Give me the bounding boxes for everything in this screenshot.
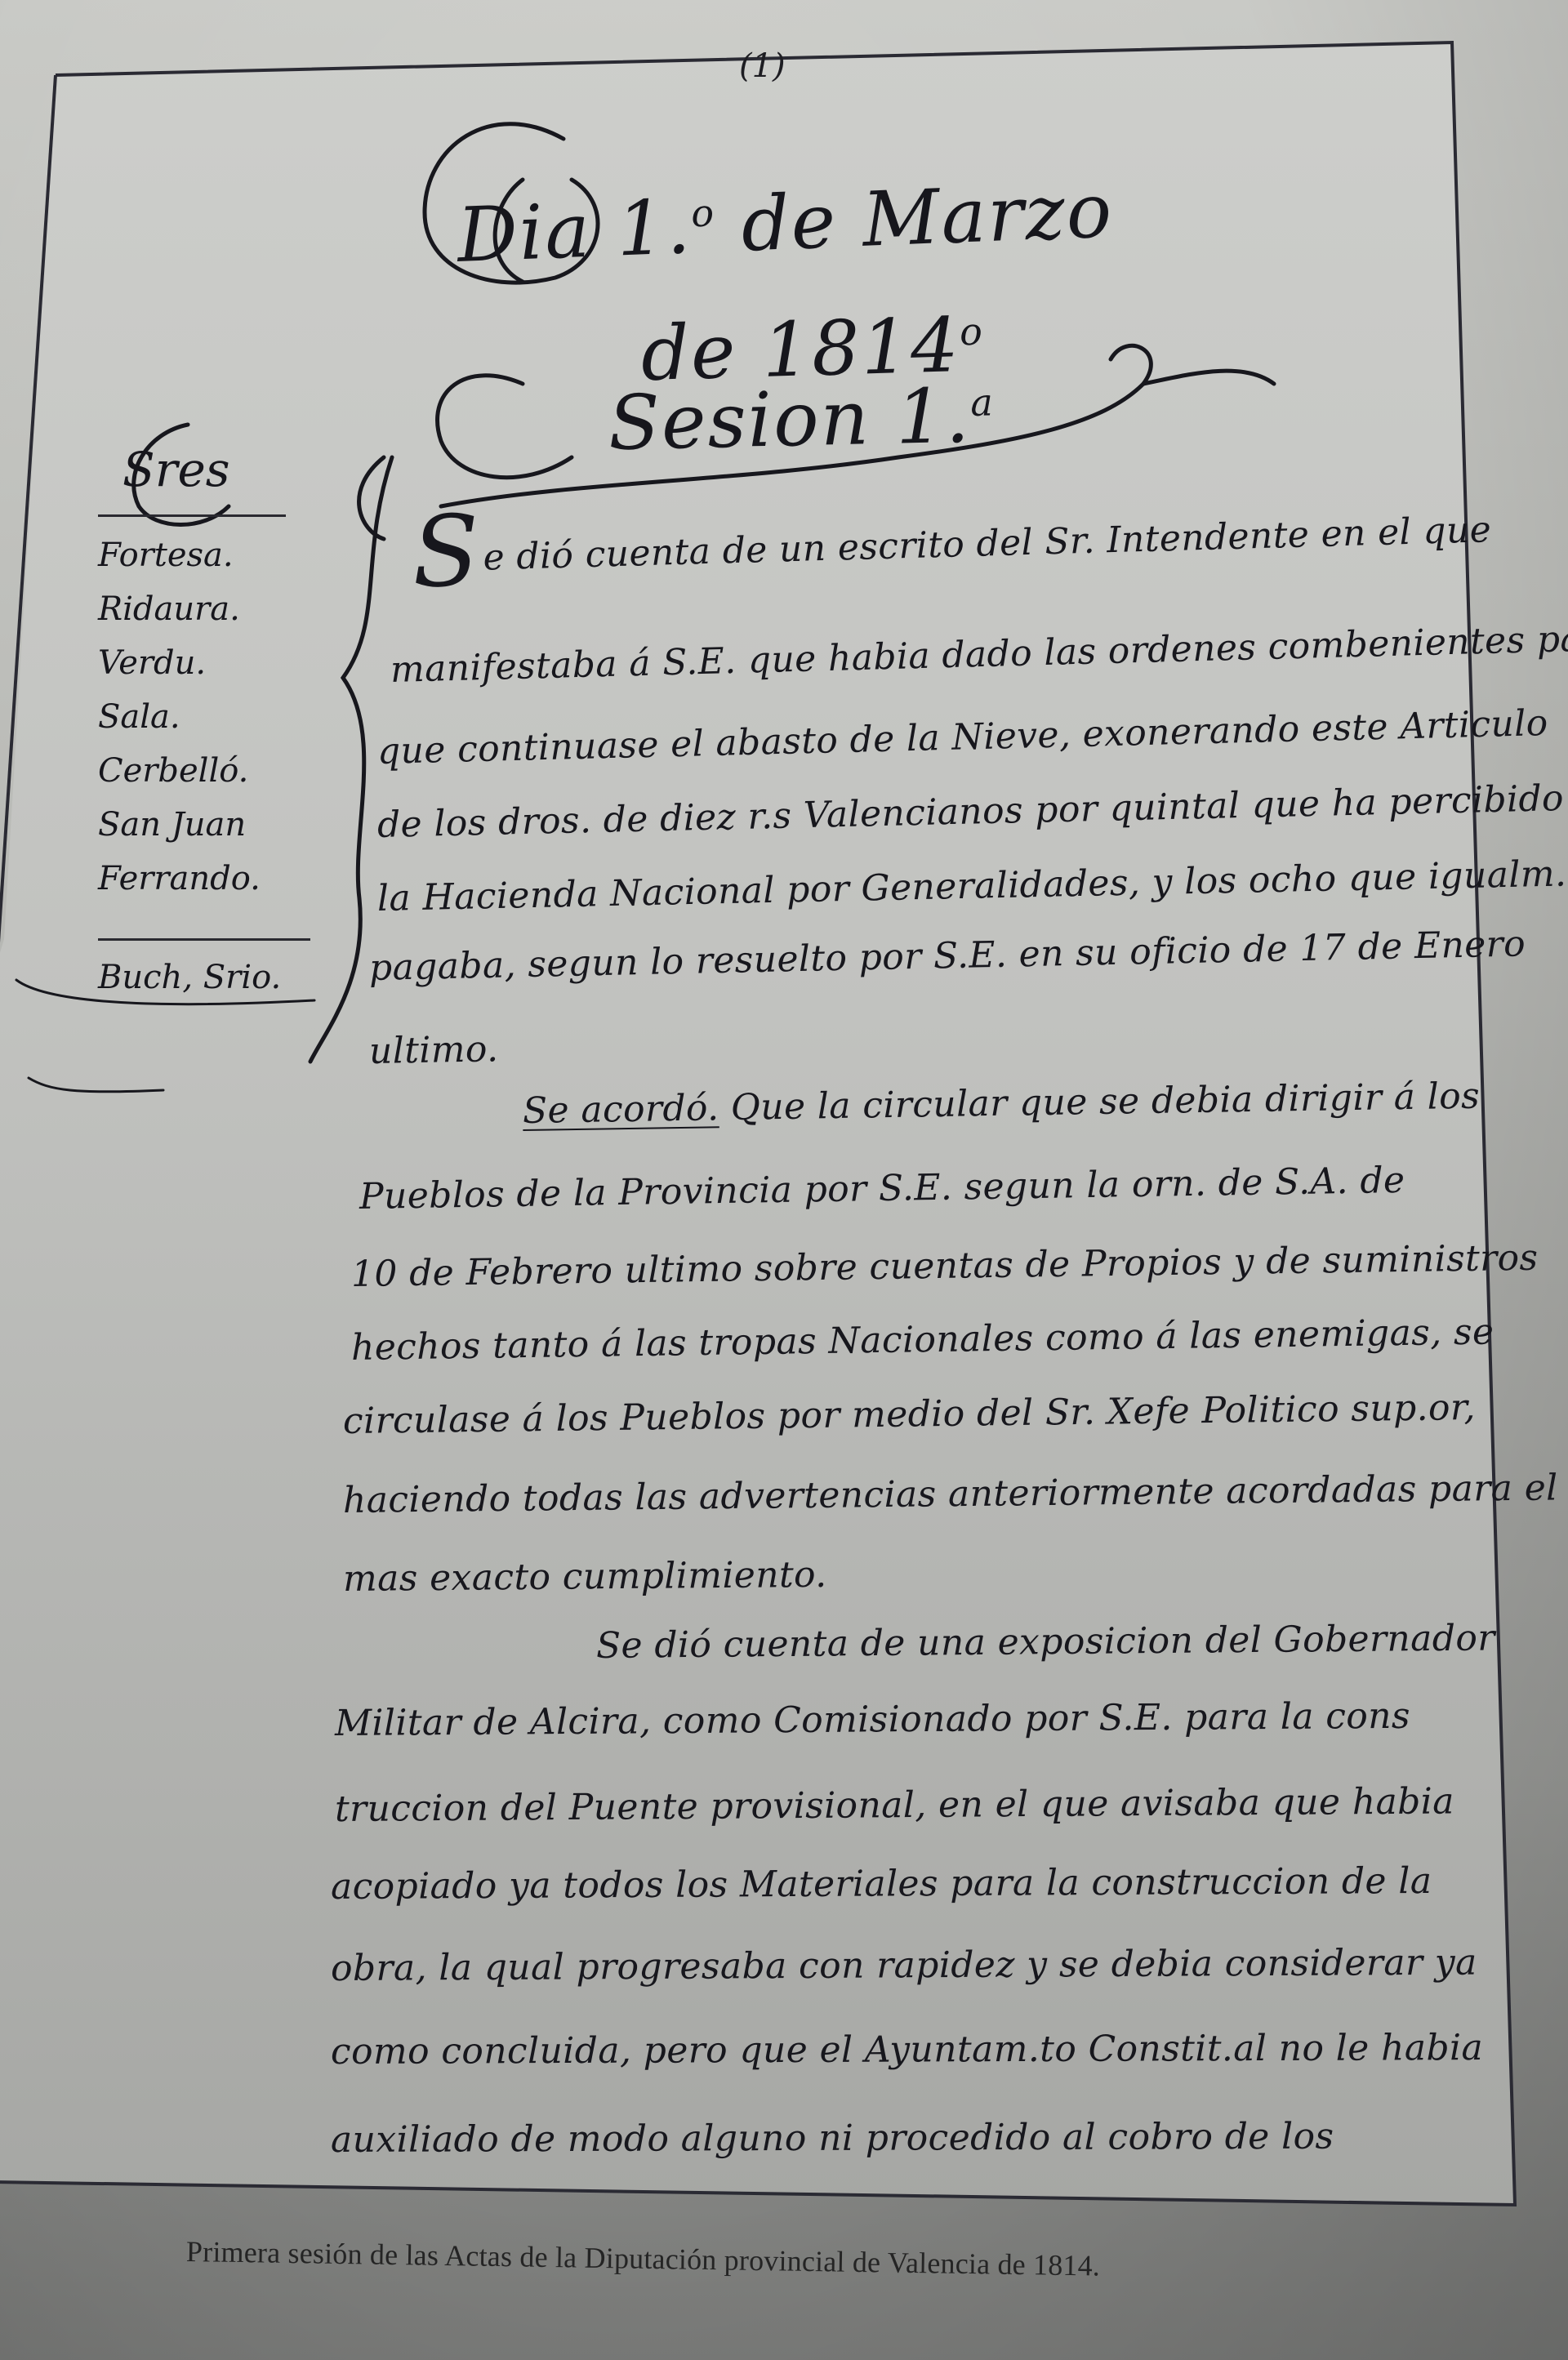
paragraph-3-line-4: acopiado ya todos los Materiales para la… [331,1860,1432,1908]
paragraph-3-line-3: truccion del Puente provisional, en el q… [335,1780,1454,1830]
paragraph-1-line-7: ultimo. [369,1028,499,1072]
attendee-name: Verdu. [98,636,310,690]
paragraph-1-line-4: de los dros. de diez r.s Valencianos por… [376,777,1564,846]
attendees-header: Sres [98,425,286,517]
heading-session: Sesion 1. [608,372,972,467]
paragraph-2-line-5: circulase á los Pueblos por medio del Sr… [343,1387,1476,1442]
figure-caption: Primera sesión de las Actas de la Diputa… [186,2234,1101,2283]
paragraph-3-line-5: obra, la qual progresaba con rapidez y s… [331,1942,1477,1989]
paragraph-1-line-6: pagaba, segun lo resuelto por S.E. en su… [368,923,1526,989]
attendee-name: Ferrando. [98,852,310,906]
paragraph-1-line-1: Se dió cuenta de un escrito del Sr. Inte… [412,509,1492,581]
dropcap-letter: S [411,495,481,610]
attendee-name: Sala. [98,690,310,744]
paragraph-3-line-1: Se dió cuenta de una exposicion del Gobe… [596,1617,1495,1667]
attendee-name: Fortesa. [98,528,310,582]
paragraph-2-line-3: 10 de Febrero ultimo sobre cuentas de Pr… [351,1237,1539,1295]
heading-session-superscript: a [970,380,996,425]
paragraph-2-line-6: haciendo todas las advertencias anterior… [343,1467,1558,1521]
attendee-name: San Juan [98,798,310,852]
paragraph-2-line-7: mas exacto cumplimiento. [343,1554,827,1600]
paragraph-3-line-7: auxiliado de modo alguno ni procedido al… [331,2116,1334,2161]
paragraph-1-line-2: manifestaba á S.E. que habia dado las or… [390,617,1568,691]
heading-day: Dia 1. [456,183,693,279]
heading-month: de Marzo [714,167,1114,269]
paragraph-3-line-6: como concluida, pero que el Ayuntam.to C… [331,2027,1483,2073]
page-number: (1) [739,47,786,85]
heading-year-superscript: o [959,309,984,354]
attendee-name: Ridaura. [98,582,310,636]
attendee-name: Cerbelló. [98,744,310,798]
manuscript-page: (1) Dia 1.o de Marzo de 1814o Sesi [0,0,1568,2360]
heading-date-line: Dia 1.o de Marzo [456,167,1115,279]
paragraph-1-line-3: que continuase el abasto de la Nieve, ex… [376,702,1548,773]
secretary-name: Buch, Srio. [98,938,310,1004]
heading-day-superscript: o [690,190,716,235]
paragraph-1-line-5: la Hacienda Nacional por Generalidades, … [376,853,1568,920]
resolution-label: Se acordó. [523,1087,719,1132]
paragraph-3-line-2: Militar de Alcira, como Comisionado por … [335,1695,1410,1744]
paragraph-2-line-1: Se acordó. Que la circular que se debia … [523,1075,1481,1132]
paragraph-2-line-2: Pueblos de la Provincia por S.E. segun l… [359,1160,1405,1218]
heading-session-line: Sesion 1.a [608,372,996,467]
paragraph-2-line-4: hechos tanto á las tropas Nacionales com… [351,1311,1494,1369]
text-line: Que la circular que se debia dirigir á l… [719,1075,1480,1129]
attendees-margin: Sres Fortesa. Ridaura. Verdu. Sala. Cerb… [98,425,310,1004]
text-line: e dió cuenta de un escrito del Sr. Inten… [483,509,1492,578]
